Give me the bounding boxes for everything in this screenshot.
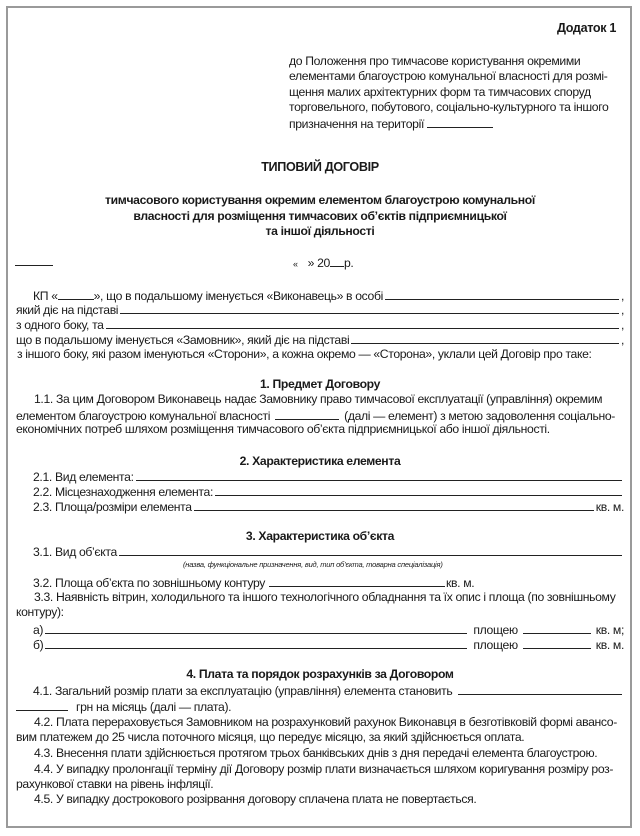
appendix-note-line: щення малих архітектурних форм та тимчас… [289,85,608,100]
text: 2.1. Вид елемента: [33,470,134,485]
text: 2.2. Місцезнаходження елемента: [33,485,213,500]
company-name-field[interactable] [58,287,94,300]
section-4-p3: 4.3. Внесення плати здійснюється протяго… [34,746,597,761]
section-4-p4-b: рахункової ставки на рівень інфляції. [16,777,213,792]
subtitle-line: тимчасового користування окремим елемент… [0,193,640,209]
payment-amount-field[interactable] [458,683,622,695]
unit: кв. м. [596,500,624,515]
equipment-b-area-field[interactable] [523,636,591,649]
section-1-text-c: економічних потреб шляхом розміщення тим… [16,422,550,437]
object-type-hint: (назва, функціональне призначення, вид, … [183,560,443,569]
payment-amount-cont-field[interactable] [16,698,68,711]
executor-person-field[interactable] [385,288,619,300]
date-suffix: р. [344,256,353,270]
executor-basis-field[interactable] [120,302,619,314]
element-place-field[interactable] [215,484,622,496]
text: грн на місяць (далі — плата). [76,700,231,715]
comma: , [621,318,624,333]
text: 4.1. Загальний розмір плати за експлуата… [33,684,452,699]
text: що в подальшому іменується «Замовник», я… [16,333,349,348]
text: 2.3. Площа/розміри елемента [33,500,192,515]
equipment-row-b: б)площеюкв. м. [16,636,624,653]
object-area-row: 3.2. Площа об’єкта по зовнішньому контур… [16,574,624,591]
appendix-note: до Положення про тимчасове користування … [289,54,608,132]
subtitle-line: та іншої діяльності [0,224,640,240]
payment-row-a: 4.1. Загальний розмір плати за експлуата… [16,683,624,699]
subtitle-line: власності для розміщення тимчасових об’є… [0,209,640,225]
text: площею [473,638,517,653]
text: б) [33,638,43,653]
element-location-row: 2.2. Місцезнаходження елемента: [16,484,624,500]
object-type-field[interactable] [119,544,622,556]
customer-name-field[interactable] [106,317,619,329]
date-line: «» 20р. [293,254,353,272]
object-area-field[interactable] [269,574,445,587]
unit: кв. м. [596,638,624,653]
appendix-note-line: торговельного, побутового, соціально-кул… [289,100,608,115]
equipment-b-field[interactable] [45,637,467,649]
unit: кв. м. [446,576,474,591]
text: 3.1. Вид об’єкта [33,545,117,560]
document-title: ТИПОВИЙ ДОГОВІР [0,160,640,175]
appendix-note-line: елементами благоустрою комунальної власн… [289,69,608,84]
appendix-note-line: призначення на території [289,117,424,131]
section-4-p2-b: вим платежем до 25 числа поточного місяц… [16,730,524,745]
element-location-field[interactable] [275,407,339,420]
payment-row-b: грн на місяць (далі — плата). [16,698,624,715]
equipment-a-field[interactable] [45,622,467,634]
element-area-row: 2.3. Площа/розміри елементакв. м. [16,499,624,515]
section-1-heading: 1. Предмет Договору [0,377,640,392]
appendix-note-line: до Положення про тимчасове користування … [289,54,608,69]
territory-field[interactable] [427,115,493,128]
equipment-a-area-field[interactable] [523,621,591,634]
text: з одного боку, та [16,318,104,333]
section-2-heading: 2. Характеристика елемента [0,454,640,469]
section-4-p2-a: 4.2. Плата перераховується Замовником на… [34,715,617,730]
year-field[interactable] [330,254,344,267]
parties-line-2: який діє на підставі, [16,302,624,318]
section-4-p4-a: 4.4. У випадку пролонгації терміну дії Д… [34,762,613,777]
date-year-prefix: » 20 [308,256,330,270]
place-field[interactable] [15,265,53,266]
element-area-field[interactable] [194,499,594,511]
parties-line-4: що в подальшому іменується «Замовник», я… [16,332,624,348]
section-3-heading: 3. Характеристика об’єкта [0,529,640,544]
comma: , [621,303,624,318]
parties-line-3: з одного боку, та, [16,317,624,333]
document-subtitle: тимчасового користування окремим елемент… [0,193,640,240]
text: 3.2. Площа об’єкта по зовнішньому контур… [33,576,265,591]
section-1-text-a: 1.1. За цим Договором Виконавець надає З… [34,392,602,407]
parties-line-5: з іншого боку, які разом іменуються «Сто… [17,347,592,362]
customer-basis-field[interactable] [351,332,619,344]
element-type-row: 2.1. Вид елемента: [16,469,624,485]
appendix-label: Додаток 1 [557,21,616,36]
equipment-text-b: контуру): [16,605,64,620]
comma: , [621,333,624,348]
text: який діє на підставі [16,303,118,318]
section-4-heading: 4. Плата та порядок розрахунків за Догов… [0,667,640,682]
object-type-row: 3.1. Вид об’єкта [16,544,624,560]
date-open-quote: « [293,259,298,269]
section-4-p5: 4.5. У випадку дострокового розірвання д… [34,792,476,807]
element-type-field[interactable] [136,469,622,481]
equipment-text-a: 3.3. Наявність вітрин, холодильного та і… [34,590,615,605]
